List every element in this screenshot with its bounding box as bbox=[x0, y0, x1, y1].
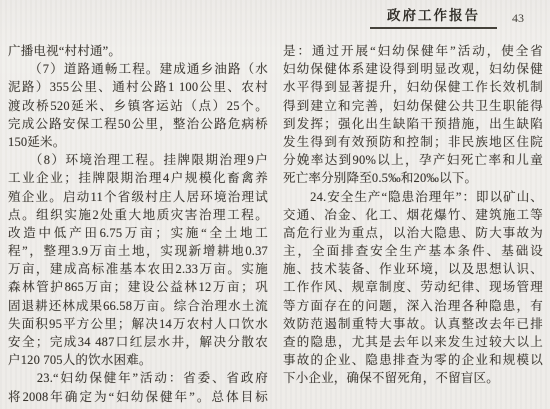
text-line: 工业企业；挂牌限期治理4户规模化畜禽养 bbox=[8, 169, 268, 187]
left-column: 广播电视“村村通”。 （7）道路通畅工程。建成通乡油路（水泥路）355公里、通村… bbox=[8, 42, 268, 406]
text-line: （7）道路通畅工程。建成通乡油路（水 bbox=[8, 60, 268, 78]
text-line: 工作作风、规章制度、劳动纪律、现场管理 bbox=[283, 278, 543, 296]
text-line: 主，全面排查安全生产基本条件、基础设 bbox=[283, 242, 543, 260]
text-line: 殖企业。启动11个省级村庄人居环境治理试 bbox=[8, 188, 268, 206]
scanned-page: 政府工作报告 43 广播电视“村村通”。 （7）道路通畅工程。建成通乡油路（水泥… bbox=[0, 0, 550, 409]
text-line: 150延米。 bbox=[8, 133, 268, 151]
text-line: 死亡率分别降至0.5‰和20‰以下。 bbox=[283, 169, 543, 187]
text-line: 户120 705人的饮水困难。 bbox=[8, 351, 268, 369]
text-line: 程”，整理3.9万亩土地，实现新增耕地0.37 bbox=[8, 242, 268, 260]
text-line: 发生得到有效预防和控制；非民族地区住院 bbox=[283, 133, 543, 151]
text-line: 泥路）355公里、通村公路1 100公里、农村 bbox=[8, 78, 268, 96]
text-line: 事故的企业、隐患排查为零的企业和规模以 bbox=[283, 351, 543, 369]
text-line: 23.“妇幼保健年”活动：省委、省政府 bbox=[8, 369, 268, 387]
text-line: 完成公路安保工程50公里，整治公路危病桥 bbox=[8, 115, 268, 133]
text-line: 24.安全生产“隐患治理年”：即以矿山、 bbox=[283, 188, 543, 206]
text-line: 广播电视“村村通”。 bbox=[8, 42, 268, 60]
text-line: 点。组织实施2处重大地质灾害治理工程。 bbox=[8, 206, 268, 224]
text-line: 下小企业，确保不留死角，不留盲区。 bbox=[283, 369, 543, 387]
text-line: 森林管护865万亩；建设公益林12万亩；巩 bbox=[8, 278, 268, 296]
right-column: 是：通过开展“妇幼保健年”活动，使全省妇幼保健体系建设得到明显改观，妇幼保健水平… bbox=[283, 42, 543, 406]
text-line: 渡改桥520延米、乡镇客运站（点）25个。 bbox=[8, 97, 268, 115]
text-line: 交通、冶金、化工、烟花爆竹、建筑施工等 bbox=[283, 206, 543, 224]
text-line: 将2008年确定为“妇幼保健年”。总体目标 bbox=[8, 388, 268, 406]
text-line: 到发挥；强化出生缺陷干预措施，出生缺陷 bbox=[283, 115, 543, 133]
text-line: 改造中低产田6.75万亩；实施“全土地工 bbox=[8, 224, 268, 242]
text-line: 妇幼保健体系建设得到明显改观，妇幼保健 bbox=[283, 60, 543, 78]
text-line: 查的隐患，尤其是去年以来发生过较大以上 bbox=[283, 333, 543, 351]
text-line: 安全；完成34 487口红层水井，解决分散农 bbox=[8, 333, 268, 351]
text-line: 万亩，建成高标准基本农田2.33万亩。实施 bbox=[8, 260, 268, 278]
text-line: 水平得到显著提升，妇幼保健工作长效机制 bbox=[283, 78, 543, 96]
text-line: 等方面存在的问题，深入治理各种隐患，有 bbox=[283, 297, 543, 315]
text-line: 高危行业为重点，以治大隐患、防大事故为 bbox=[283, 224, 543, 242]
page-header: 政府工作报告 43 bbox=[0, 7, 524, 29]
text-line: 效防范遏制重特大事故。认真整改去年已排 bbox=[283, 315, 543, 333]
text-line: 是：通过开展“妇幼保健年”活动，使全省 bbox=[283, 42, 543, 60]
text-line: 失面积95平方公里；解决14万农村人口饮水 bbox=[8, 315, 268, 333]
report-title: 政府工作报告 bbox=[370, 4, 497, 29]
text-line: （8）环境治理工程。挂牌限期治理9户 bbox=[8, 151, 268, 169]
text-line: 得到建立和完善，妇幼保健公共卫生职能得 bbox=[283, 97, 543, 115]
text-line: 分娩率达到90%以上，孕产妇死亡率和儿童 bbox=[283, 151, 543, 169]
page-number: 43 bbox=[512, 11, 524, 29]
text-line: 施、技术装备、作业环境，以及思想认识、 bbox=[283, 260, 543, 278]
text-columns: 广播电视“村村通”。 （7）道路通畅工程。建成通乡油路（水泥路）355公里、通村… bbox=[8, 42, 550, 406]
text-line: 固退耕还林成果66.58万亩。综合治理水土流 bbox=[8, 297, 268, 315]
